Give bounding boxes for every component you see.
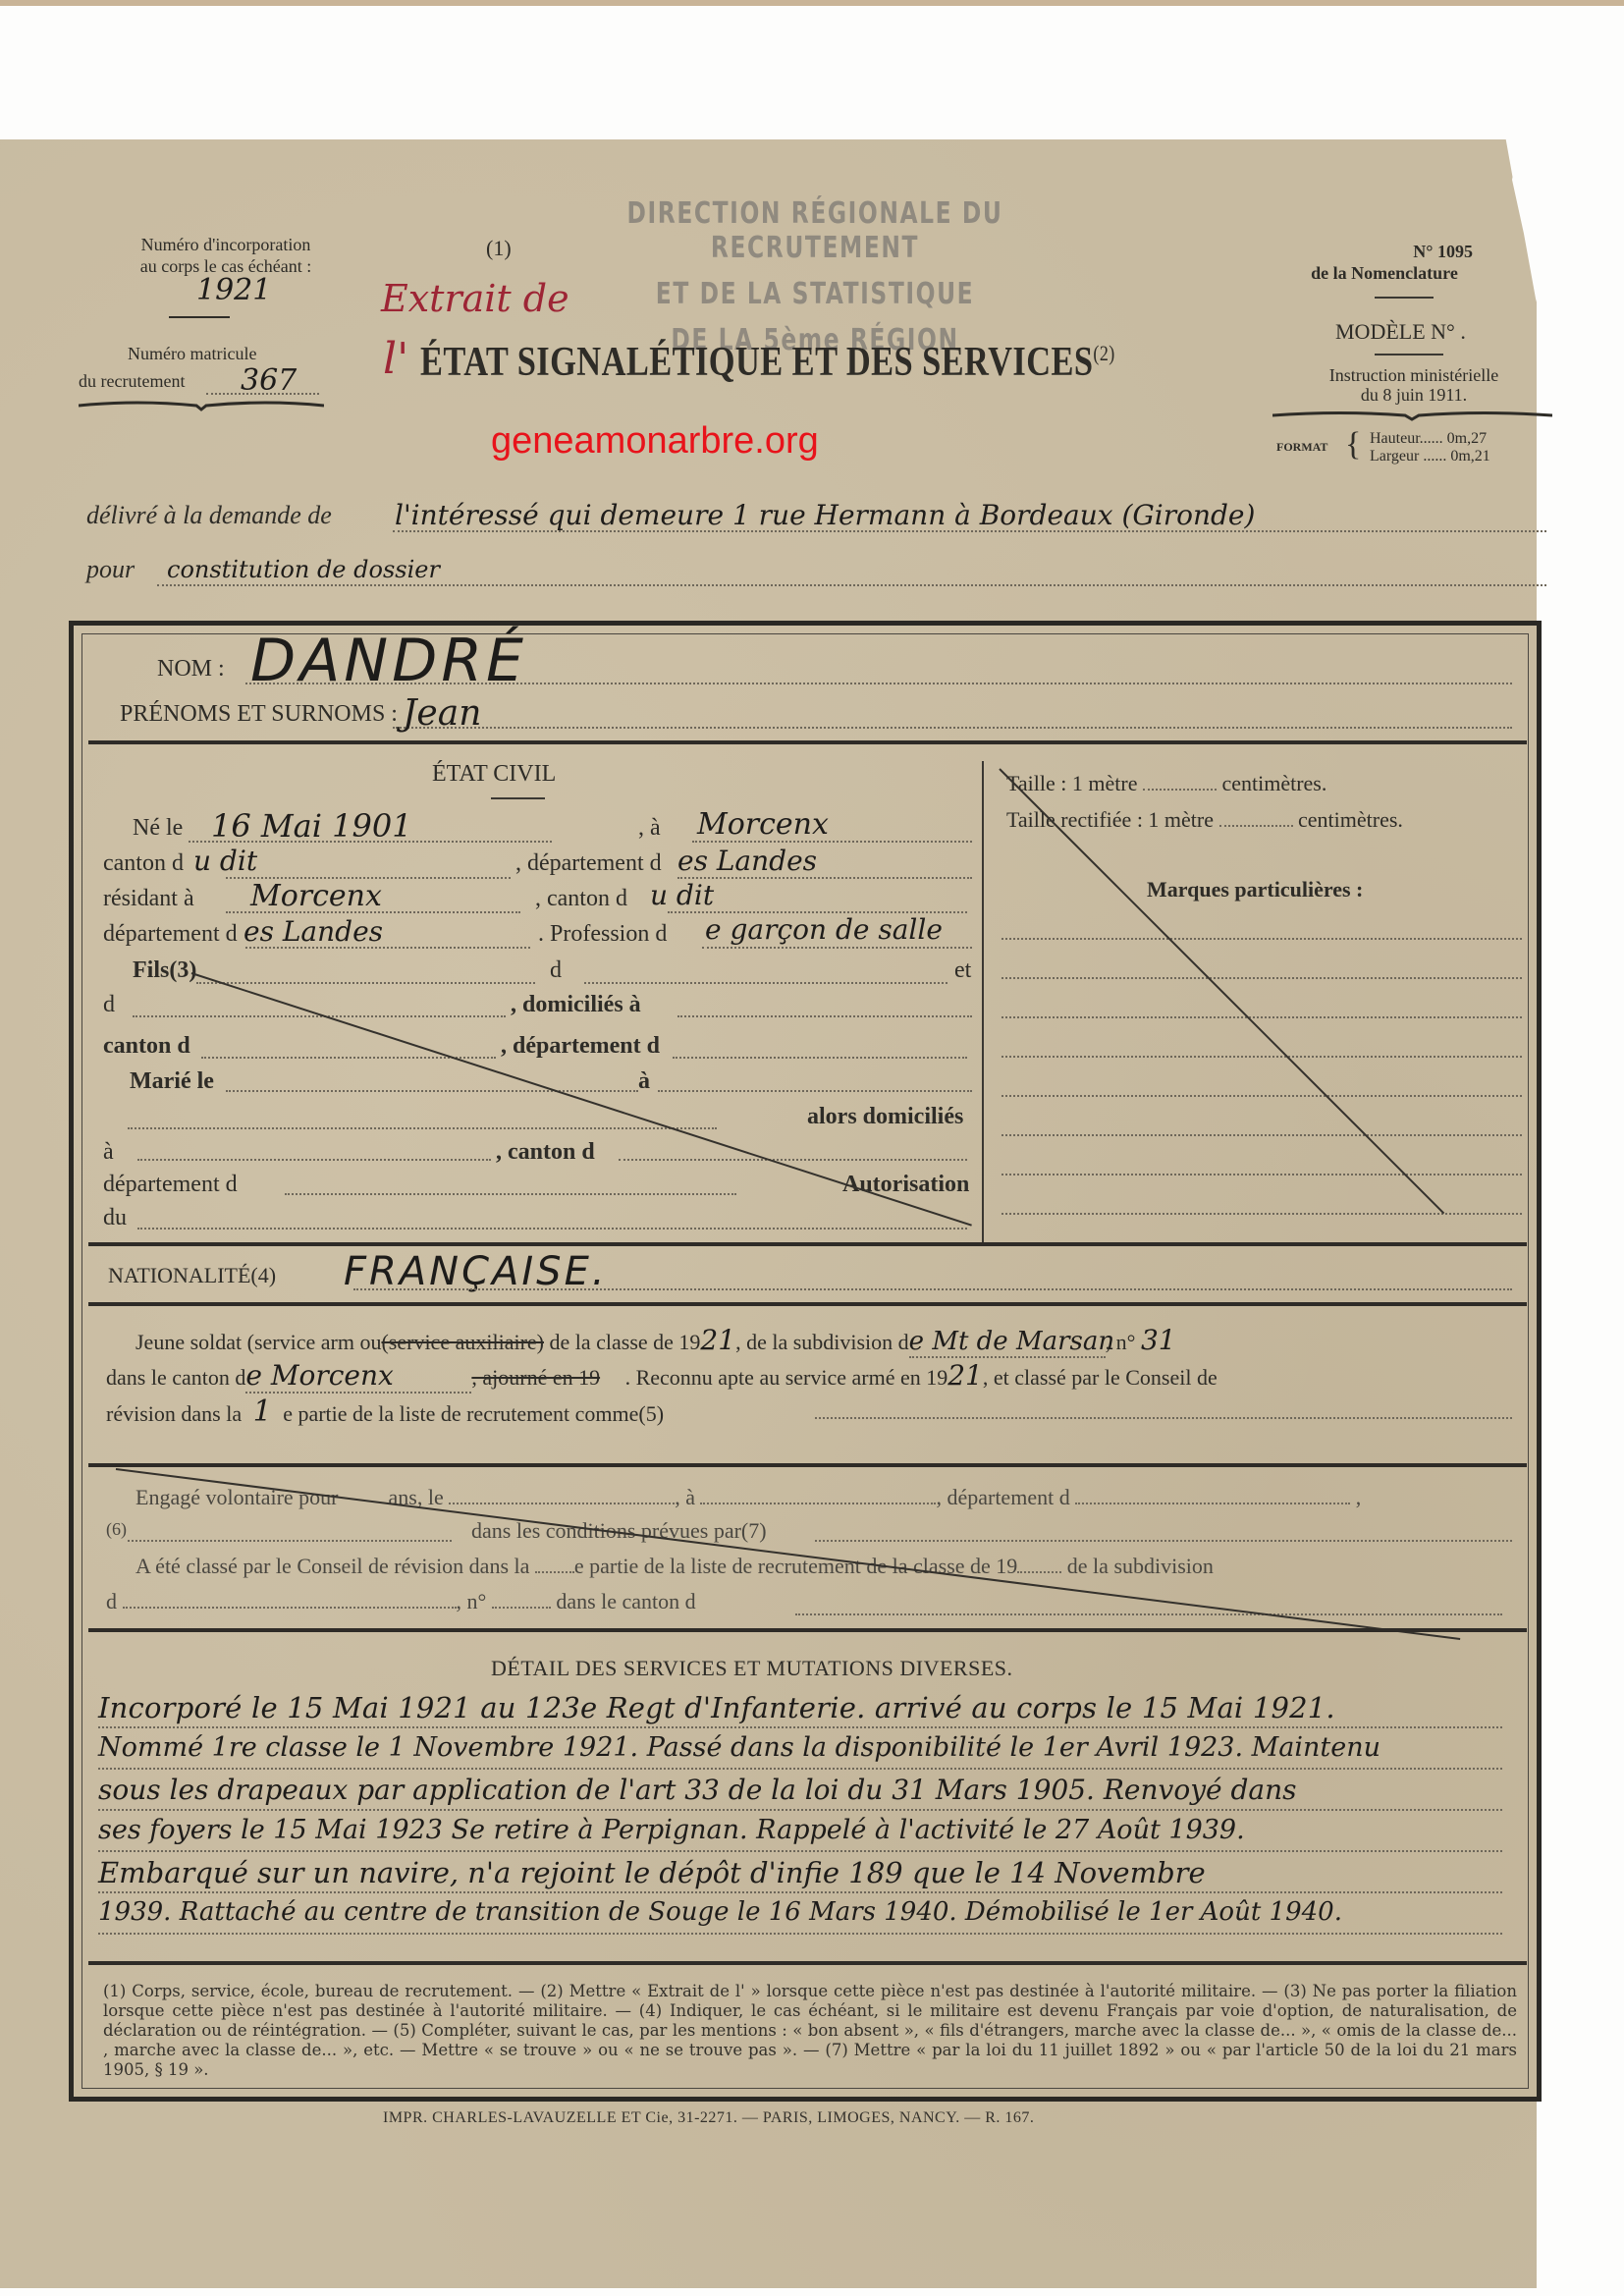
engage-canton-dotline xyxy=(795,1613,1502,1615)
canton2-label: , canton d xyxy=(535,886,627,912)
engage-line2-dotline-2 xyxy=(815,1540,1512,1542)
format-hauteur: Hauteur...... 0m,27 xyxy=(1370,430,1490,448)
services-line: 1939. Rattaché au centre de transition d… xyxy=(98,1897,1342,1927)
fils-dotline-2 xyxy=(584,982,947,984)
etat-civil-heading: ÉTAT CIVIL xyxy=(432,761,556,788)
engage-line3-a: A été classé par le Conseil de révision … xyxy=(135,1554,529,1578)
classement-line2-b: . Reconnu apte au service armé en 19 xyxy=(625,1365,948,1390)
classement-line2-a: dans le canton d xyxy=(106,1365,245,1390)
classement-line1-c: de la classe de 19 xyxy=(549,1330,700,1354)
classement-line2: dans le canton de Morcenx, ajourné en 19… xyxy=(106,1359,1218,1394)
divider-short-2 xyxy=(1375,354,1443,355)
numero-value: 31 xyxy=(1141,1324,1176,1356)
nationalite-label: NATIONALITÉ(4) xyxy=(108,1263,276,1288)
classement-line3-b: e partie de la liste de recrutement comm… xyxy=(283,1401,664,1426)
engage-place-dotline xyxy=(700,1503,936,1504)
fils-d: d xyxy=(550,957,562,984)
subdivision-value: e Mt de Marsan xyxy=(909,1327,1106,1358)
marques-line-1 xyxy=(1001,938,1522,940)
departement4-dotline xyxy=(285,1193,736,1195)
engage-divider xyxy=(88,1628,1527,1632)
ne-le-label: Né le xyxy=(133,815,183,842)
residant-value: Morcenx xyxy=(250,879,382,913)
marie-dotline xyxy=(226,1090,638,1092)
prenoms-dotline xyxy=(393,727,1512,729)
domicilies-label: , domiciliés à xyxy=(511,992,641,1018)
incorporation-label: Numéro d'incorporation au corps le cas é… xyxy=(98,234,353,277)
classe-value: 21 xyxy=(700,1324,735,1356)
classement-line1-b: ou xyxy=(359,1330,381,1354)
alors-dotline xyxy=(128,1127,717,1129)
incorporation-label-line1: Numéro d'incorporation xyxy=(98,234,353,255)
marie-a-dotline xyxy=(658,1090,972,1092)
engage-line4: d , n° dans le canton d xyxy=(106,1589,696,1614)
marie-a: à xyxy=(638,1068,650,1095)
apte-value: 21 xyxy=(947,1359,983,1392)
engage-line4-b: , n° xyxy=(457,1589,487,1613)
title-note-ref: (2) xyxy=(1093,341,1114,365)
marques-label: Marques particulières : xyxy=(1147,877,1363,902)
ne-le-value: 16 Mai 1901 xyxy=(211,807,412,845)
format-values: Hauteur...... 0m,27 Largeur ...... 0m,21 xyxy=(1370,430,1490,465)
taille-rect-text: Taille rectifiée : 1 mètre xyxy=(1006,807,1214,832)
services-dotline-2 xyxy=(98,1768,1502,1770)
services-heading: DÉTAIL DES SERVICES ET MUTATIONS DIVERSE… xyxy=(491,1656,1013,1681)
residant-dotline xyxy=(226,911,520,913)
instruction-line2: du 8 juin 1911. xyxy=(1286,385,1542,405)
marques-line-4 xyxy=(1001,1056,1522,1058)
stamp-line2: ET DE LA STATISTIQUE xyxy=(539,277,1091,311)
services-dotline-6 xyxy=(98,1933,1502,1935)
prenoms-value: Jean xyxy=(403,693,481,734)
nomenclature-label: de la Nomenclature xyxy=(1267,262,1502,284)
fils-et: et xyxy=(954,957,971,984)
marques-line-2 xyxy=(1001,977,1522,979)
a-value: Morcenx xyxy=(697,807,829,842)
classement-line1: Jeune soldat (service arm ou(service aux… xyxy=(135,1324,1176,1358)
services-divider xyxy=(88,1961,1527,1965)
matricule-label-line2: du recrutement xyxy=(79,371,185,392)
classement-line2-c: , et classé par le Conseil de xyxy=(983,1365,1218,1390)
canton2-value: u dit xyxy=(650,879,714,911)
nomenclature-block: N° 1095 de la Nomenclature xyxy=(1267,241,1502,284)
engage-numero-dotline xyxy=(492,1607,551,1609)
canton-label: canton d xyxy=(103,850,184,877)
matricule-value: 367 xyxy=(241,363,297,398)
engage-line2-dotline xyxy=(128,1540,452,1542)
pour-label: pour xyxy=(86,555,135,584)
engage-dept-dotline xyxy=(1075,1503,1350,1504)
profession-value: e garçon de salle xyxy=(705,913,943,946)
a2-dotline xyxy=(137,1159,491,1161)
profession-label: . Profession d xyxy=(538,921,667,948)
marie-label: Marié le xyxy=(130,1068,214,1095)
instruction-block: Instruction ministérielle du 8 juin 1911… xyxy=(1286,365,1542,405)
taille-text: Taille : 1 mètre xyxy=(1006,771,1137,795)
delivered-value: l'intéressé qui demeure 1 rue Hermann à … xyxy=(395,499,1255,531)
taille-rect-unit: centimètres. xyxy=(1298,807,1403,832)
classement-comme-dotline xyxy=(815,1417,1512,1419)
d-label: d xyxy=(103,992,115,1018)
taille-unit: centimètres. xyxy=(1221,771,1326,795)
engage-line3-c: de la subdivision xyxy=(1067,1554,1214,1578)
services-line: Embarqué sur un navire, n'a rejoint le d… xyxy=(98,1856,1206,1889)
marques-line-5 xyxy=(1001,1095,1522,1097)
nom-value: DANDRÉ xyxy=(250,627,527,695)
departement-value: es Landes xyxy=(677,845,817,877)
ornament-rule-right xyxy=(1272,409,1552,422)
residant-label: résidant à xyxy=(103,886,194,912)
engage-classe-dotline xyxy=(1017,1571,1061,1573)
etat-civil-column-divider xyxy=(982,761,984,1242)
services-dotline-3 xyxy=(98,1809,1502,1811)
prenoms-label: PRÉNOMS ET SURNOMS : xyxy=(120,701,398,728)
format-brace: { xyxy=(1345,428,1361,462)
taille-rect-label: Taille rectifiée : 1 mètre centimètres. xyxy=(1006,807,1403,833)
engage-line4-a: d xyxy=(106,1589,117,1613)
departement-dotline xyxy=(677,877,972,879)
printer-imprint: IMPR. CHARLES-LAVAUZELLE ET Cie, 31-2271… xyxy=(383,2109,1034,2127)
engage-line3: A été classé par le Conseil de révision … xyxy=(135,1554,1214,1579)
note-ref-1: (1) xyxy=(486,236,512,261)
top-edge-band xyxy=(0,0,1624,6)
divider-short xyxy=(1375,297,1434,299)
extrait-l-handwritten: l' xyxy=(383,334,408,384)
engage-partie-dotline xyxy=(535,1571,574,1573)
title-text: ÉTAT SIGNALÉTIQUE ET DES SERVICES xyxy=(420,340,1093,385)
nationalite-divider xyxy=(88,1302,1527,1306)
canton3-label: canton d xyxy=(103,1033,190,1060)
engage-line1-a: Engagé volontaire pour xyxy=(135,1485,339,1509)
nom-label: NOM : xyxy=(157,656,225,683)
engage-date-dotline xyxy=(449,1503,675,1504)
modele-label: MODÈLE N° . xyxy=(1335,319,1466,345)
etat-civil-divider xyxy=(88,1242,1527,1246)
taille-dotline xyxy=(1143,789,1217,791)
canton-value: u dit xyxy=(193,845,257,877)
du-dotline xyxy=(137,1228,967,1230)
a-label: , à xyxy=(638,815,661,842)
engage-line2-ref: (6) xyxy=(106,1519,127,1540)
classement-canton-value: e Morcenx xyxy=(245,1359,471,1394)
services-line: sous les drapeaux par application de l'a… xyxy=(98,1774,1297,1806)
partie-value: 1 xyxy=(247,1394,278,1429)
engage-line4-c: dans le canton d xyxy=(556,1589,695,1613)
classement-line3: révision dans la 1 e partie de la liste … xyxy=(106,1394,664,1429)
pour-dotline xyxy=(157,584,1546,586)
footnotes: (1) Corps, service, école, bureau de rec… xyxy=(103,1982,1517,2080)
departement-label: , département d xyxy=(515,850,662,877)
format-largeur: Largeur ...... 0m,21 xyxy=(1370,448,1490,465)
incorporation-value: 1921 xyxy=(196,273,271,307)
classement-line1-d: , de la subdivision d xyxy=(735,1330,909,1354)
engage-subdivision-dotline xyxy=(123,1607,457,1609)
format-label: FORMAT xyxy=(1276,440,1327,455)
autorisation-label: Autorisation xyxy=(842,1172,969,1198)
services-line: Incorporé le 15 Mai 1921 au 123e Regt d'… xyxy=(98,1691,1335,1724)
classement-line1-struck: (service auxiliaire) xyxy=(381,1330,544,1354)
pour-value: constitution de dossier xyxy=(167,556,440,583)
regional-direction-stamp: DIRECTION RÉGIONALE DU RECRUTEMENT ET DE… xyxy=(539,196,1091,357)
stamp-line1: DIRECTION RÉGIONALE DU RECRUTEMENT xyxy=(539,196,1091,265)
marques-line-3 xyxy=(1001,1016,1522,1018)
departement2-dotline xyxy=(245,947,530,949)
classement-line2-struck: , ajourné en 19 xyxy=(471,1365,600,1390)
ornament-rule-left xyxy=(79,398,324,413)
fils-dotline xyxy=(196,982,535,984)
departement3-dotline xyxy=(673,1057,967,1059)
nomenclature-number: N° 1095 xyxy=(1267,241,1502,262)
marques-line-7 xyxy=(1001,1174,1522,1175)
nationalite-dotline xyxy=(353,1288,1512,1290)
services-dotline-5 xyxy=(98,1891,1502,1893)
a2-label: à xyxy=(103,1139,114,1166)
watermark-link[interactable]: geneamonarbre.org xyxy=(491,420,819,463)
alors-label: alors domiciliés xyxy=(807,1104,963,1130)
departement2-label: département d xyxy=(103,921,238,948)
classement-line3-a: révision dans la xyxy=(106,1401,242,1426)
departement4-label: département d xyxy=(103,1172,238,1198)
taille-label: Taille : 1 mètre centimètres. xyxy=(1006,771,1326,796)
classement-line1-e: , n° xyxy=(1106,1330,1136,1354)
departement3-label: , département d xyxy=(501,1033,660,1060)
services-line: ses foyers le 15 Mai 1923 Se retire à Pe… xyxy=(98,1815,1245,1845)
canton4-label: , canton d xyxy=(496,1139,595,1166)
matricule-label-line1: Numéro matricule xyxy=(128,344,256,364)
engage-line1-c: , à xyxy=(675,1485,695,1509)
du-label: du xyxy=(103,1205,127,1231)
taille-rect-dotline xyxy=(1219,825,1293,827)
fils-label: Fils(3) xyxy=(133,957,196,984)
classement-line1-a: Jeune soldat (service arm xyxy=(135,1330,354,1354)
delivered-label: délivré à la demande de xyxy=(86,501,332,530)
services-line: Nommé 1re classe le 1 Novembre 1921. Pas… xyxy=(98,1732,1380,1763)
departement2-value: es Landes xyxy=(244,915,383,948)
identity-divider xyxy=(88,740,1527,744)
etat-civil-heading-rule xyxy=(491,797,545,799)
canton4-dotline xyxy=(619,1159,967,1161)
incorporation-underline xyxy=(169,316,230,318)
engage-line1: Engagé volontaire pour ans, le , à , dép… xyxy=(135,1485,1361,1510)
marques-line-6 xyxy=(1001,1134,1522,1136)
profession-dotline xyxy=(702,947,972,949)
services-dotline-1 xyxy=(98,1726,1502,1728)
engage-line1-d: , département d xyxy=(936,1485,1069,1509)
page-title: ÉTAT SIGNALÉTIQUE ET DES SERVICES(2) xyxy=(420,339,1115,386)
instruction-line1: Instruction ministérielle xyxy=(1286,365,1542,385)
services-dotline-4 xyxy=(98,1850,1502,1852)
classement-divider xyxy=(88,1463,1527,1467)
domicilies-dotline xyxy=(677,1015,972,1017)
